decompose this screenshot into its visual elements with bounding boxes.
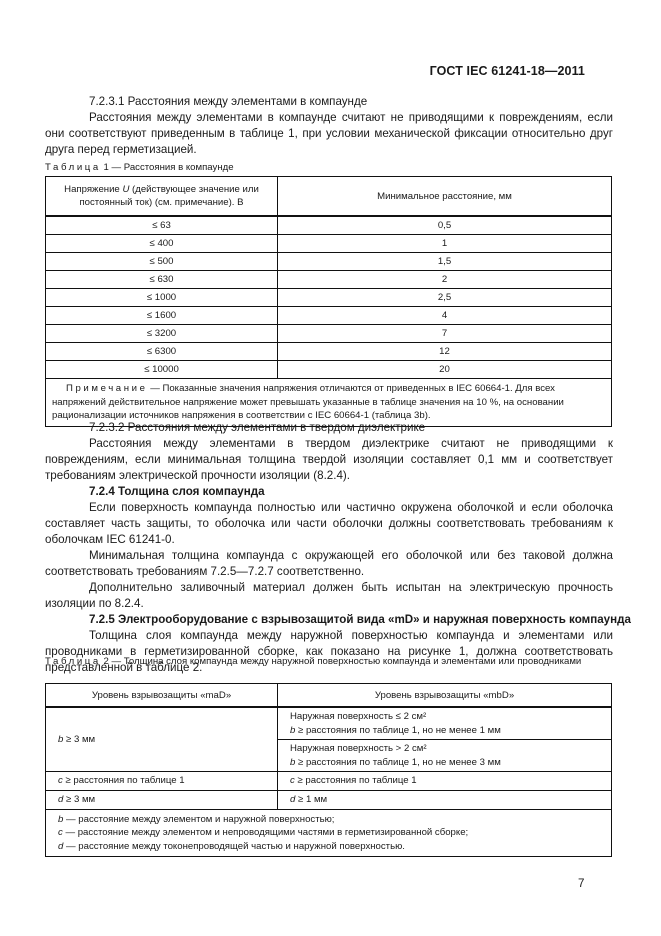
cell-voltage: ≤ 3200 bbox=[46, 325, 278, 343]
cell-distance: 2 bbox=[278, 271, 612, 289]
cell-maD-b: b ≥ 3 мм bbox=[46, 707, 278, 772]
table-row: ≤ 630012 bbox=[46, 343, 612, 361]
caption-label: Таблица bbox=[45, 656, 101, 667]
cell-maD-d: d ≥ 3 мм bbox=[46, 790, 278, 809]
table-row-b: b ≥ 3 мм Наружная поверхность ≤ 2 см²b ≥… bbox=[46, 707, 612, 740]
paragraph-text: Дополнительно заливочный материал должен… bbox=[45, 581, 613, 610]
section-7-2-4-heading: 7.2.4 Толщина слоя компаунда bbox=[89, 484, 265, 500]
column-header-maD: Уровень взрывозащиты «maD» bbox=[46, 684, 278, 708]
section-7-2-4-paragraph-3: Дополнительно заливочный материал должен… bbox=[45, 580, 613, 612]
table-row: ≤ 16004 bbox=[46, 307, 612, 325]
cell-distance: 1 bbox=[278, 235, 612, 253]
paragraph-text: Если поверхность компаунда полностью или… bbox=[45, 501, 613, 546]
cell-mbD-b-large-surface: Наружная поверхность > 2 см²b ≥ расстоян… bbox=[278, 740, 612, 772]
paragraph-text: Расстояния между элементами в компаунде … bbox=[45, 111, 613, 156]
cell-distance: 12 bbox=[278, 343, 612, 361]
column-header-min-distance: Минимальное расстояние, мм bbox=[278, 177, 612, 217]
legend-item-d: d — расстояние между токонепроводящей ча… bbox=[58, 840, 599, 854]
cell-maD-c: c ≥ расстояния по таблице 1 bbox=[46, 772, 278, 791]
cell-voltage: ≤ 1600 bbox=[46, 307, 278, 325]
caption-label: Таблица bbox=[45, 162, 101, 173]
section-7-2-5-paragraph: Толщина слоя компаунда между наружной по… bbox=[45, 628, 613, 677]
legend-item-b: b — расстояние между элементом и наружно… bbox=[58, 813, 599, 827]
legend-item-c: c — расстояние между элементом и непрово… bbox=[58, 826, 599, 840]
column-header-voltage: Напряжение U (действующее значение или п… bbox=[46, 177, 278, 217]
cell-distance: 20 bbox=[278, 361, 612, 379]
table-row: ≤ 10002,5 bbox=[46, 289, 612, 307]
table-row-d: d ≥ 3 мм d ≥ 1 мм bbox=[46, 790, 612, 809]
caption-text: 2 — Толщина слоя компаунда между наружно… bbox=[101, 656, 581, 667]
cell-distance: 4 bbox=[278, 307, 612, 325]
table-row: ≤ 4001 bbox=[46, 235, 612, 253]
section-7-2-3-1-heading: 7.2.3.1 Расстояния между элементами в ко… bbox=[89, 94, 367, 110]
cell-voltage: ≤ 10000 bbox=[46, 361, 278, 379]
table-row: ≤ 32007 bbox=[46, 325, 612, 343]
section-7-2-3-1-paragraph: Расстояния между элементами в компаунде … bbox=[45, 110, 613, 159]
cell-distance: 7 bbox=[278, 325, 612, 343]
table-2-compound-thickness: Уровень взрывозащиты «maD» Уровень взрыв… bbox=[45, 683, 612, 857]
column-header-mbD: Уровень взрывозащиты «mbD» bbox=[278, 684, 612, 708]
cell-voltage: ≤ 400 bbox=[46, 235, 278, 253]
cell-distance: 1,5 bbox=[278, 253, 612, 271]
caption-text: 1 — Расстояния в компаунде bbox=[101, 162, 234, 173]
table-2-header-row: Уровень взрывозащиты «maD» Уровень взрыв… bbox=[46, 684, 612, 708]
section-7-2-4-paragraph-1: Если поверхность компаунда полностью или… bbox=[45, 500, 613, 549]
document-header-id: ГОСТ IEC 61241-18—2011 bbox=[430, 64, 585, 78]
table-row: ≤ 5001,5 bbox=[46, 253, 612, 271]
table-1-distances-in-compound: Напряжение U (действующее значение или п… bbox=[45, 176, 612, 427]
cell-voltage: ≤ 63 bbox=[46, 216, 278, 235]
table-1-caption: Таблица 1 — Расстояния в компаунде bbox=[45, 161, 613, 174]
table-row: ≤ 1000020 bbox=[46, 361, 612, 379]
table-2-notes-row: b — расстояние между элементом и наружно… bbox=[46, 809, 612, 857]
table-2-caption: Таблица 2 — Толщина слоя компаунда между… bbox=[45, 655, 613, 668]
cell-voltage: ≤ 630 bbox=[46, 271, 278, 289]
section-7-2-3-2-heading: 7.2.3.2 Расстояния между элементами в тв… bbox=[89, 420, 425, 436]
cell-voltage: ≤ 1000 bbox=[46, 289, 278, 307]
table-1-header-row: Напряжение U (действующее значение или п… bbox=[46, 177, 612, 217]
paragraph-text: Расстояния между элементами в твердом ди… bbox=[45, 437, 613, 482]
cell-distance: 0,5 bbox=[278, 216, 612, 235]
cell-voltage: ≤ 6300 bbox=[46, 343, 278, 361]
section-7-2-4-paragraph-2: Минимальная толщина компаунда с окружающ… bbox=[45, 548, 613, 580]
section-7-2-5-heading: 7.2.5 Электрооборудование с взрывозащито… bbox=[89, 612, 631, 628]
cell-mbD-b-small-surface: Наружная поверхность ≤ 2 см²b ≥ расстоян… bbox=[278, 707, 612, 740]
cell-mbD-d: d ≥ 1 мм bbox=[278, 790, 612, 809]
cell-distance: 2,5 bbox=[278, 289, 612, 307]
note-label: Примечание bbox=[66, 383, 148, 394]
table-row-c: c ≥ расстояния по таблице 1 c ≥ расстоян… bbox=[46, 772, 612, 791]
page-number: 7 bbox=[578, 877, 584, 890]
table-row: ≤ 6302 bbox=[46, 271, 612, 289]
cell-mbD-c: c ≥ расстояния по таблице 1 bbox=[278, 772, 612, 791]
cell-voltage: ≤ 500 bbox=[46, 253, 278, 271]
section-7-2-3-2-paragraph: Расстояния между элементами в твердом ди… bbox=[45, 436, 613, 485]
paragraph-text: Минимальная толщина компаунда с окружающ… bbox=[45, 549, 613, 578]
table-2-legend: b — расстояние между элементом и наружно… bbox=[46, 809, 612, 857]
table-row: ≤ 630,5 bbox=[46, 216, 612, 235]
